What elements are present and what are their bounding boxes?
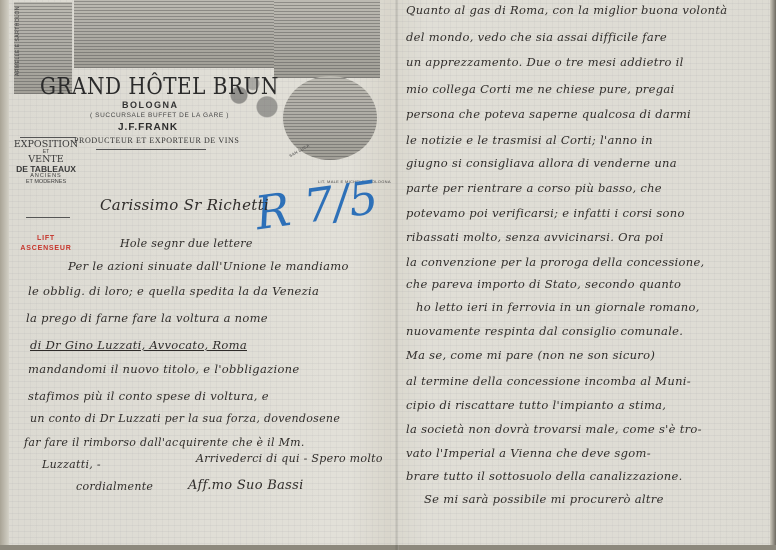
left-line: Hole segnr due lettere [120, 237, 253, 250]
left-line: far fare il rimborso dall'acquirente che… [24, 436, 305, 449]
right-line: mio collega Corti me ne chiese pure, pre… [406, 82, 675, 96]
left-line: stafimos più il conto spese di voltura, … [28, 389, 269, 403]
expo-bottom-rule [26, 217, 70, 218]
exhibition-notice: EXPOSITION ET VENTE DE TABLEAUX ANCIENS … [8, 140, 84, 186]
letter-sheet: ARMELLE E SARTHOLON SAN LUCA LIT. MALE E… [0, 0, 776, 550]
street-arcade-engraving [274, 0, 380, 78]
right-line: vato l'Imperial a Vienna che deve sgom- [406, 446, 651, 460]
left-line: le obblig. di loro; e quella spedita la … [28, 284, 319, 298]
hotel-name: GRAND HÔTEL BRUN [40, 72, 279, 100]
lift-line-2: ASCENSEUR [8, 244, 84, 254]
left-line: Per le azioni sinuate dall'Unione le man… [68, 259, 349, 273]
right-line: Quanto al gas di Roma, con la miglior bu… [406, 3, 727, 17]
salutation: Carissimo Sr Richetti [100, 196, 269, 214]
right-line: un apprezzamento. Due o tre mesi addietr… [406, 55, 684, 69]
right-line: le notizie e le trasmisi al Corti; l'ann… [406, 133, 653, 147]
left-line: di Dr Gino Luzzati, Avvocato, Roma [30, 338, 247, 352]
right-line: potevamo poi verificarsi; e infatti i co… [406, 206, 685, 220]
right-line: la società non dovrà trovarsi male, come… [406, 422, 702, 436]
lift-line-1: LIFT [8, 234, 84, 244]
ornamental-rule [96, 149, 206, 150]
lift-notice: LIFT ASCENSEUR [8, 234, 84, 254]
closing-line: Arrivederci di qui - Spero molto [196, 452, 383, 465]
right-line: brare tutto il sottosuolo della canalizz… [406, 469, 683, 483]
right-line: Se mi sarà possibile mi procurerò altre [424, 492, 664, 506]
right-line: parte per rientrare a corso più basso, c… [406, 181, 662, 195]
right-line: del mondo, vedo che sia assai difficile … [406, 30, 667, 44]
right-line: ho letto ieri in ferrovia in un giornale… [416, 300, 700, 314]
paper-edge-left [0, 0, 9, 550]
right-line: la convenzione per la proroga della conc… [406, 255, 705, 269]
trade-line: PRODUCTEUR ET EXPORTEUR DE VINS [74, 136, 239, 145]
exhibition-line-6: ET MODERNES [8, 180, 84, 186]
left-line: un conto di Dr Luzzati per la sua forza,… [30, 412, 340, 425]
hotel-city: BOLOGNA [122, 100, 179, 110]
signature: Aff.mo Suo Bassi [188, 478, 304, 493]
right-line: ribassati molto, senza avvicinarsi. Ora … [406, 230, 664, 244]
hotel-subtitle: ( SUCCURSALE BUFFET DE LA GARE ) [90, 112, 229, 119]
right-line: Ma se, come mi pare (non ne son sicuro) [406, 348, 655, 362]
right-line: che pareva importo di Stato, secondo qua… [406, 277, 681, 291]
left-line: la prego di farne fare la voltura a nome [26, 311, 268, 325]
left-line: Luzzatti, - [42, 458, 101, 471]
closing-word: cordialmente [76, 480, 153, 493]
engraving-vertical-caption: ARMELLE E SARTHOLON [15, 6, 21, 76]
right-line: giugno si consigliava allora di venderne… [406, 156, 677, 170]
right-line: cipio di riscattare tutto l'impianto a s… [406, 398, 666, 412]
right-line: nuovamente respinta dal consiglio comuna… [406, 324, 683, 338]
paper-edge-bottom [0, 545, 776, 550]
blue-pencil-annotation: R 7/5 [252, 170, 382, 241]
hotel-building-engraving [74, 0, 274, 68]
expo-top-rule [20, 137, 76, 138]
paper-edge-right [770, 0, 776, 550]
proprietor-name: J.F.FRANK [118, 122, 178, 133]
right-line: al termine della concessione incomba al … [406, 374, 691, 388]
left-line: mandandomi il nuovo titolo, e l'obbligaz… [28, 362, 300, 376]
center-fold [395, 0, 399, 550]
right-line: persona che poteva saperne qualcosa di d… [406, 107, 691, 121]
